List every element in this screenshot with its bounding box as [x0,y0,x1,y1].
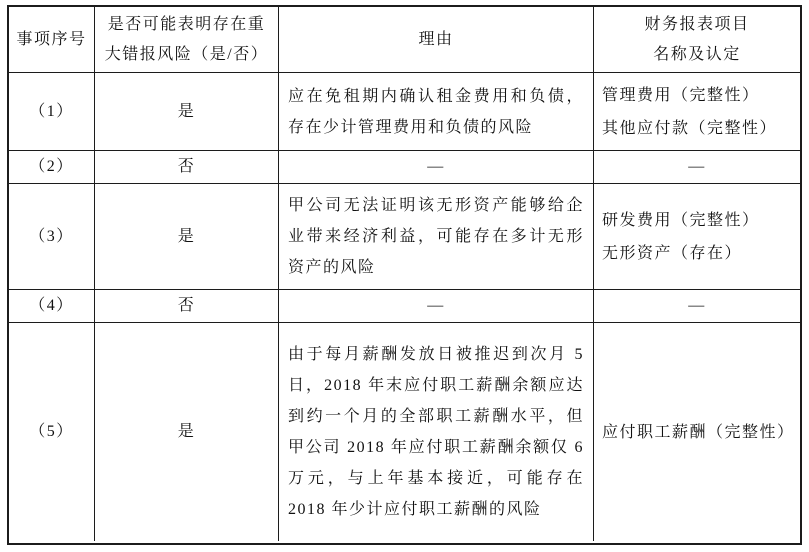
row5-reason: 由于每月薪酬发放日被推迟到次月 5 日，2018 年末应付职工薪酬余额应达到约一… [279,323,594,541]
header-reason-label: 理由 [418,25,453,55]
row4-fs-item-1: — [688,295,706,317]
row5-risk-flag: 是 [95,323,279,541]
row1-reason-text: 应在免租期内确认租金费用和负债，存在少计管理费用和负债的风险 [288,81,584,143]
row2-reason-text: — [427,156,445,178]
row2-fs-items: — [594,151,800,184]
row1-fs-item-2: 其他应付款（完整性） [602,112,777,145]
row4-reason: — [279,290,594,323]
row3-reason: 甲公司无法证明该无形资产能够给企业带来经济利益，可能存在多计无形资产的风险 [279,184,594,290]
row2-risk-flag: 否 [95,151,279,184]
row4-fs-items: — [594,290,800,323]
row2-risk-flag-text: 否 [178,156,196,178]
row1-item-no: （1） [9,73,95,151]
row3-item-no-text: （3） [29,226,74,248]
row1-item-no-text: （1） [29,101,74,123]
row2-fs-item-1: — [688,156,706,178]
row2-item-no-text: （2） [29,156,74,178]
header-item-no-label: 事项序号 [16,25,86,55]
row3-fs-item-2: 无形资产（存在） [602,237,742,270]
row1-fs-items: 管理费用（完整性） 其他应付款（完整性） [594,73,800,151]
header-fs-item: 财务报表项目 名称及认定 [594,7,800,73]
row5-item-no: （5） [9,323,95,541]
header-fs-item-line1: 财务报表项目 [644,10,749,40]
row1-risk-flag: 是 [95,73,279,151]
row3-item-no: （3） [9,184,95,290]
row2-item-no: （2） [9,151,95,184]
header-risk-flag: 是否可能表明存在重 大错报风险（是/否） [95,7,279,73]
row5-fs-items: 应付职工薪酬（完整性） [594,323,800,541]
row1-risk-flag-text: 是 [178,101,196,123]
row5-risk-flag-text: 是 [178,421,196,443]
row3-fs-items: 研发费用（完整性） 无形资产（存在） [594,184,800,290]
header-fs-item-line2: 名称及认定 [653,40,741,70]
row4-item-no: （4） [9,290,95,323]
row4-reason-text: — [427,295,445,317]
row5-item-no-text: （5） [29,421,74,443]
row3-reason-text: 甲公司无法证明该无形资产能够给企业带来经济利益，可能存在多计无形资产的风险 [288,190,584,283]
document-page: 事项序号 是否可能表明存在重 大错报风险（是/否） 理由 财务报表项目 名称及认… [0,0,809,552]
row5-reason-text: 由于每月薪酬发放日被推迟到次月 5 日，2018 年末应付职工薪酬余额应达到约一… [288,339,584,525]
risk-assessment-table: 事项序号 是否可能表明存在重 大错报风险（是/否） 理由 财务报表项目 名称及认… [7,5,802,545]
row2-reason: — [279,151,594,184]
row4-item-no-text: （4） [29,295,74,317]
header-risk-flag-line2: 大错报风险（是/否） [105,40,268,70]
header-item-no: 事项序号 [9,7,95,73]
row1-reason: 应在免租期内确认租金费用和负债，存在少计管理费用和负债的风险 [279,73,594,151]
row5-fs-item-1: 应付职工薪酬（完整性） [602,416,792,449]
row4-risk-flag-text: 否 [178,295,196,317]
row4-risk-flag: 否 [95,290,279,323]
header-reason: 理由 [279,7,594,73]
row3-risk-flag-text: 是 [178,226,196,248]
row3-fs-item-1: 研发费用（完整性） [602,204,760,237]
row3-risk-flag: 是 [95,184,279,290]
header-risk-flag-line1: 是否可能表明存在重 [108,10,266,40]
row1-fs-item-1: 管理费用（完整性） [602,79,760,112]
